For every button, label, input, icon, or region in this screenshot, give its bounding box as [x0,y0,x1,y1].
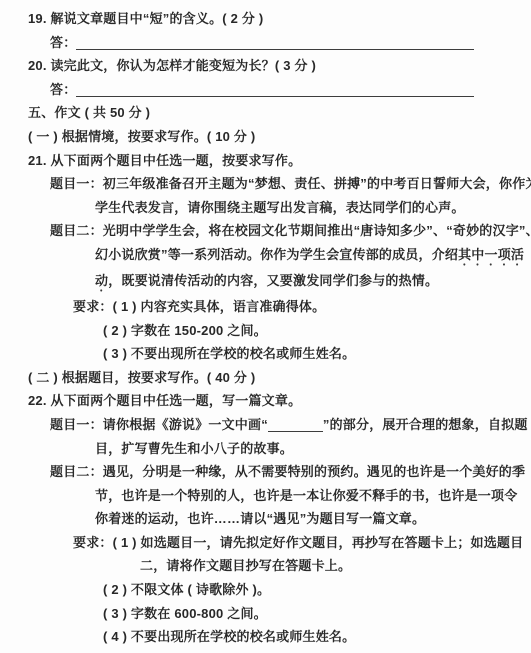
text-segment: ( 2 ) 字数在 150-200 之间。 [103,323,267,338]
text-segment: 答： [50,82,76,97]
document-body: 19. 解说文章题目中“短”的含义。( 2 分 )答：20. 读完此文，你认为怎… [0,7,531,649]
text-segment: ( 4 ) 不要出现所在学校的校名或师生姓名。 [103,629,355,644]
text-segment: 题目二：遇见，分明是一种缘，从不需要特别的预约。遇见的也许是一个美好的季 [50,464,525,479]
text-segment: 二，请将作文题目抄写在答题卡上。 [140,558,351,573]
q19-prompt: 19. 解说文章题目中“短”的含义。( 2 分 ) [0,7,531,31]
text-segment: ”的部分，展开合理的想象，自拟题 [323,417,528,432]
text-segment: 19. 解说文章题目中“短”的含义。( 2 分 ) [28,11,263,26]
text-segment: 你着迷的运动，也许……请以“遇见”为题目写一篇文章。 [95,511,425,526]
part-1-heading: ( 一 ) 根据情境，按要求写作。( 10 分 ) [0,125,531,149]
text-segment: ，既要说清传活动的内容，又要激发同学们参与的热情。 [108,273,438,288]
text-segment: 21. 从下面两个题目中任选一题，按要求写作。 [28,153,301,168]
text-segment: ( 一 ) 根据情境，按要求写作。( 10 分 ) [28,129,255,144]
text-segment: 答： [50,35,76,50]
answer-blank-line [76,36,474,50]
exam-page: 19. 解说文章题目中“短”的含义。( 2 分 )答：20. 读完此文，你认为怎… [0,0,531,653]
q22-requirements-1b: 二，请将作文题目抄写在答题卡上。 [0,554,531,578]
text-segment: 五、作文 ( 共 50 分 ) [28,105,150,120]
part-2-heading: ( 二 ) 根据题目，按要求写作。( 40 分 ) [0,366,531,390]
q21-topic-1-line-1: 题目一：初三年级准备召开主题为“梦想、责任、拼搏”的中考百日誓师大会，你作为 [0,172,531,196]
q21-topic-2-line-1: 题目二：光明中学学生会，将在校园文化节期间推出“唐诗知多少”、“奇妙的汉字”、“… [0,219,531,243]
text-segment: 题目一：请你根据《游说》一文中画“ [50,417,268,432]
text-segment: ( 3 ) 字数在 600-800 之间。 [103,606,267,621]
text-segment: ( 2 ) 不限文体 ( 诗歌除外 )。 [103,582,270,597]
text-segment: 幻小说欣赏”等一系列活动。你作为学生会宣传部的成员，介绍 [95,247,458,262]
text-segment: 题目一：初三年级准备召开主题为“梦想、责任、拼搏”的中考百日誓师大会，你作为 [50,176,531,191]
q22-topic-1-line-2: 目，扩写曹先生和小八子的故事。 [0,437,531,461]
q22-requirements-3: ( 3 ) 字数在 600-800 之间。 [0,602,531,626]
q21-topic-2-line-2: 幻小说欣赏”等一系列活动。你作为学生会宣传部的成员，介绍其中一项活 [0,243,531,269]
q21-requirements-3: ( 3 ) 不要出现所在学校的校名或师生姓名。 [0,342,531,366]
q22-topic-2-line-2: 节，也许是一个特别的人，也许是一本让你爱不释手的书，也许是一项令 [0,484,531,508]
text-segment: 要求：( 1 ) 如选题目一，请先拟定好作文题目，再抄写在答题卡上；如选题目 [73,535,523,550]
answer-blank-line [268,418,323,432]
text-segment: ( 3 ) 不要出现所在学校的校名或师生姓名。 [103,346,355,361]
emphasized-text: 动 [95,273,108,288]
q22-prompt: 22. 从下面两个题目中任选一题，写一篇文章。 [0,389,531,413]
q22-topic-2-line-1: 题目二：遇见，分明是一种缘，从不需要特别的预约。遇见的也许是一个美好的季 [0,460,531,484]
text-segment: 目，扩写曹先生和小八子的故事。 [95,441,293,456]
q21-requirements-2: ( 2 ) 字数在 150-200 之间。 [0,319,531,343]
text-segment: ( 二 ) 根据题目，按要求写作。( 40 分 ) [28,370,255,385]
q22-topic-1-line-1: 题目一：请你根据《游说》一文中画“”的部分，展开合理的想象，自拟题 [0,413,531,437]
section-5-heading: 五、作文 ( 共 50 分 ) [0,101,531,125]
text-segment: 要求：( 1 ) 内容充实具体，语言准确得体。 [73,299,325,314]
q22-requirements-2: ( 2 ) 不限文体 ( 诗歌除外 )。 [0,578,531,602]
text-segment: 题目二：光明中学学生会，将在校园文化节期间推出“唐诗知多少”、“奇妙的汉字”、“… [50,223,531,238]
q22-requirements-1: 要求：( 1 ) 如选题目一，请先拟定好作文题目，再抄写在答题卡上；如选题目 [0,531,531,555]
answer-blank-line [76,83,474,97]
q20-answer-line: 答： [0,78,531,102]
q21-requirements-1: 要求：( 1 ) 内容充实具体，语言准确得体。 [0,295,531,319]
q21-prompt: 21. 从下面两个题目中任选一题，按要求写作。 [0,149,531,173]
text-segment: 节，也许是一个特别的人，也许是一本让你爱不释手的书，也许是一项令 [95,488,517,503]
q19-answer-line: 答： [0,31,531,55]
q22-requirements-4: ( 4 ) 不要出现所在学校的校名或师生姓名。 [0,625,531,649]
q22-topic-2-line-3: 你着迷的运动，也许……请以“遇见”为题目写一篇文章。 [0,507,531,531]
emphasized-text: 其中一项活 [458,247,524,262]
q21-topic-1-line-2: 学生代表发言，请你围绕主题写出发言稿，表达同学们的心声。 [0,196,531,220]
text-segment: 20. 读完此文，你认为怎样才能变短为长？( 3 分 ) [28,58,316,73]
q21-topic-2-line-3: 动，既要说清传活动的内容，又要激发同学们参与的热情。 [0,269,531,295]
text-segment: 22. 从下面两个题目中任选一题，写一篇文章。 [28,393,301,408]
text-segment: 学生代表发言，请你围绕主题写出发言稿，表达同学们的心声。 [95,200,465,215]
q20-prompt: 20. 读完此文，你认为怎样才能变短为长？( 3 分 ) [0,54,531,78]
